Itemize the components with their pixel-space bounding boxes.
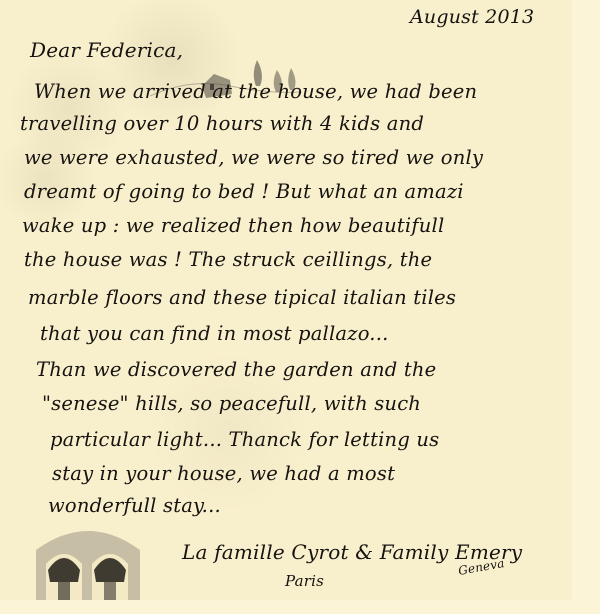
letter-line: Than we discovered the garden and the bbox=[36, 358, 436, 381]
letter-line: particular light... Thanck for letting u… bbox=[50, 428, 439, 451]
letter-greeting: Dear Federica, bbox=[30, 38, 183, 62]
scan-margin-bottom bbox=[0, 600, 600, 614]
bell-tower-sketch-icon bbox=[28, 520, 148, 602]
letter-line: the house was ! The struck ceillings, th… bbox=[24, 248, 432, 271]
letter-date: August 2013 bbox=[410, 6, 534, 28]
letter-line: stay in your house, we had a most bbox=[52, 462, 395, 485]
letter-line: marble floors and these tipical italian … bbox=[28, 286, 456, 309]
letter-page: August 2013 Dear Federica, When we arriv… bbox=[0, 0, 572, 600]
letter-line: When we arrived at the house, we had bee… bbox=[34, 80, 477, 103]
signature-city-paris: Paris bbox=[285, 572, 324, 590]
letter-line: wonderfull stay... bbox=[48, 494, 221, 517]
letter-line: "senese" hills, so peacefull, with such bbox=[42, 392, 421, 415]
scan-margin-right bbox=[572, 0, 600, 614]
letter-signature: La famille Cyrot & Family Emery bbox=[182, 540, 522, 564]
letter-line: that you can find in most pallazo... bbox=[40, 322, 389, 345]
letter-line: we were exhausted, we were so tired we o… bbox=[24, 146, 483, 169]
letter-line: wake up : we realized then how beautiful… bbox=[22, 214, 444, 237]
letter-line: travelling over 10 hours with 4 kids and bbox=[20, 112, 424, 135]
letter-line: dreamt of going to bed ! But what an ama… bbox=[24, 180, 464, 203]
